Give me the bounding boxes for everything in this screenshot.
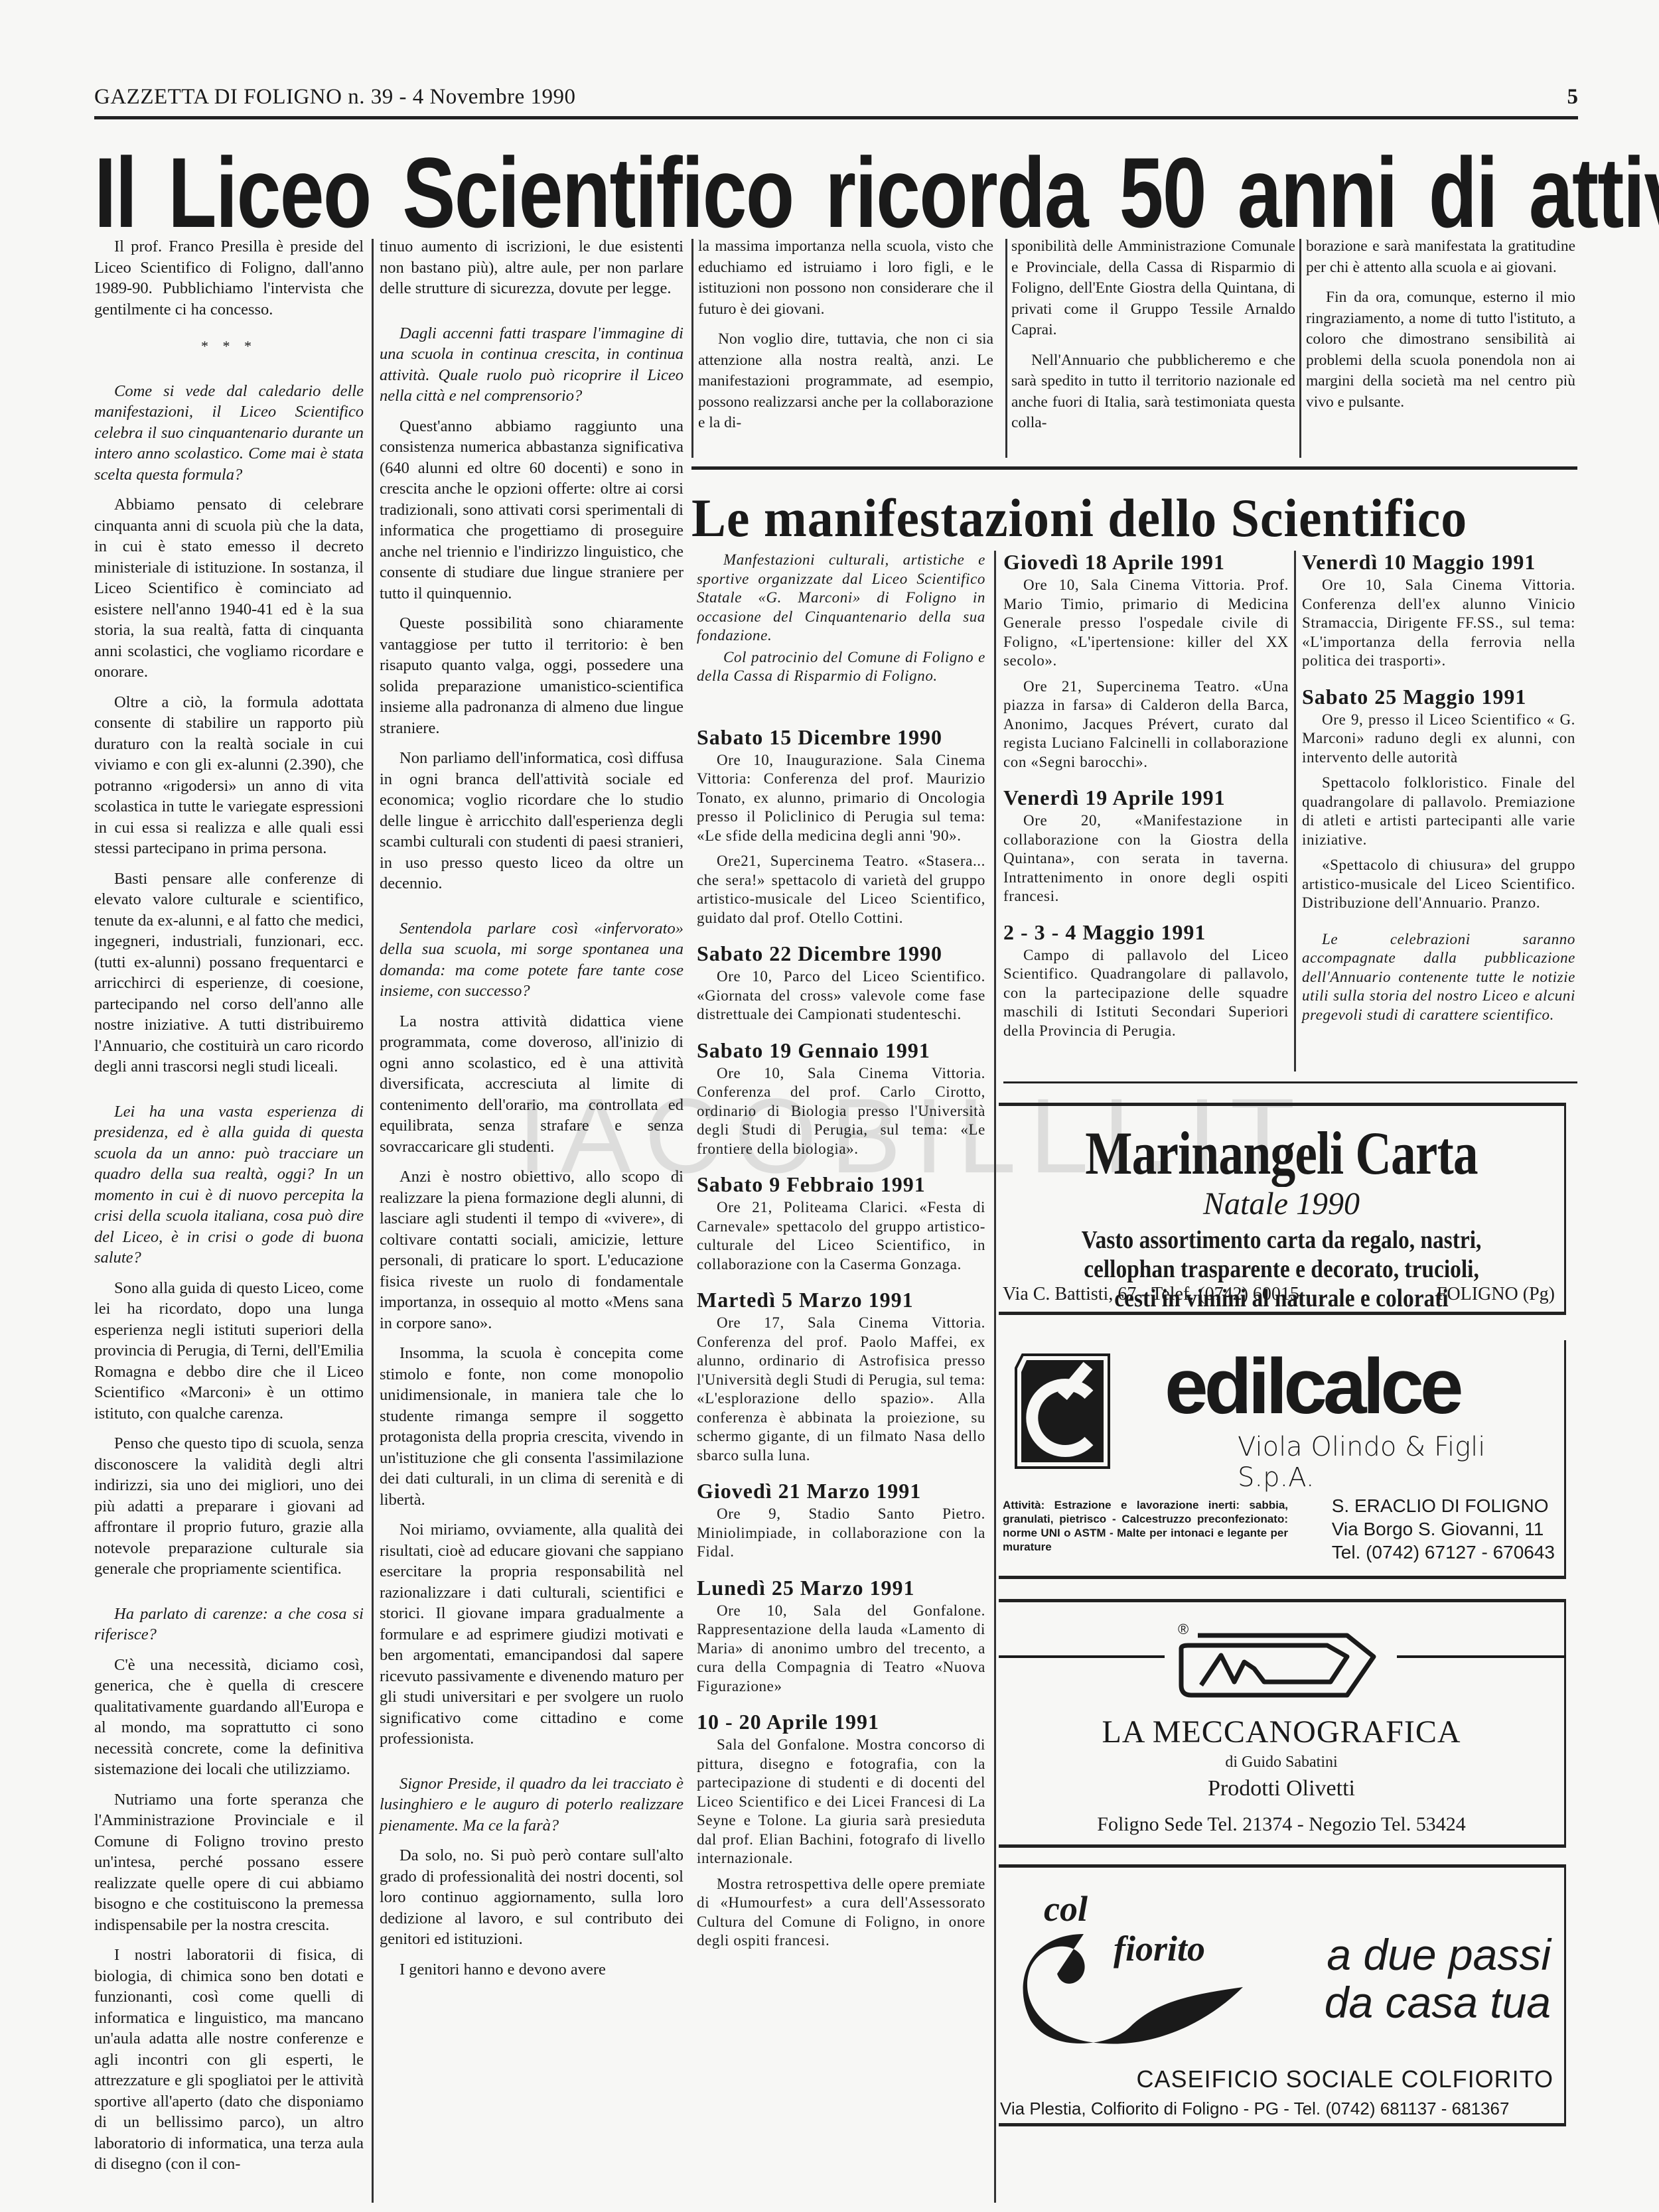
section-rule [1003, 1081, 1577, 1083]
article-paragraph: Nutriamo una forte speranza che l'Ammini… [94, 1789, 364, 1936]
article-paragraph: borazione e sarà manifestata la gratitud… [1306, 236, 1575, 278]
article-paragraph: Noi miriamo, ovviamente, alla qualità de… [380, 1519, 684, 1750]
article-paragraph: C'è una necessità, diciamo così, generic… [94, 1655, 364, 1780]
article-paragraph: Non parliamo dell'informatica, così diff… [380, 748, 684, 894]
event-date: Giovedì 18 Aprile 1991 [1003, 549, 1289, 575]
event-description: Ore 10, Sala Cinema Vittoria. Prof. Mari… [1003, 576, 1289, 671]
event-description: Ore21, Supercinema Teatro. «Stasera... c… [697, 852, 985, 928]
column-divider [1294, 551, 1296, 1071]
article-paragraph: Da solo, no. Si può però contare sull'al… [380, 1845, 684, 1950]
article-headline: Il Liceo Scientifico ricorda 50 anni di … [94, 136, 1281, 249]
event-description: Ore 10, Sala Cinema Vittoria. Conferenza… [1302, 576, 1575, 671]
events-column-2: Giovedì 18 Aprile 1991Ore 10, Sala Cinem… [1003, 549, 1289, 1047]
ad-edilcalce: edilcalce Viola Olindo & Figli S.p.A. At… [999, 1340, 1566, 1579]
column-divider [1299, 239, 1301, 458]
article-column-4: sponibilità delle Amministrazione Comuna… [1011, 236, 1295, 443]
article-column-3: la massima importanza nella scuola, vist… [698, 236, 993, 443]
article-paragraph: I genitori hanno e devono avere [380, 1959, 684, 1980]
event-description: Spettacolo folkloristico. Finale del qua… [1302, 774, 1575, 849]
event-date: Venerdì 19 Aprile 1991 [1003, 785, 1289, 810]
event-description: Ore 21, Politeama Clarici. «Festa di Car… [697, 1198, 985, 1274]
event-date: Martedì 5 Marzo 1991 [697, 1287, 985, 1312]
header-rule [94, 116, 1578, 119]
ad-location: S. ERACLIO DI FOLIGNO Via Borgo S. Giova… [1332, 1494, 1555, 1564]
article-paragraph: Abbiamo pensato di celebrare cinquanta a… [94, 494, 364, 683]
article-paragraph: Oltre a ciò, la formula adottata consent… [94, 692, 364, 859]
ad-subtitle: Natale 1990 [999, 1186, 1564, 1222]
event-description: Ore 10, Parco del Liceo Scientifico. «Gi… [697, 967, 985, 1024]
article-paragraph: Sono alla guida di questo Liceo, come le… [94, 1278, 364, 1424]
page-number: 5 [1567, 85, 1579, 109]
events-closing-note: Le celebrazioni saranno accompagnate dal… [1302, 930, 1575, 1025]
event-date: 10 - 20 Aprile 1991 [697, 1709, 985, 1734]
article-paragraph: Nell'Annuario che pubblicheremo e che sa… [1011, 350, 1295, 434]
article-column-5: borazione e sarà manifestata la gratitud… [1306, 236, 1575, 422]
event-description: «Spettacolo di chiusura» del gruppo arti… [1302, 856, 1575, 913]
event-description: Ore 17, Sala Cinema Vittoria. Conferenza… [697, 1314, 985, 1465]
article-paragraph: Penso che questo tipo di scuola, senza d… [94, 1433, 364, 1580]
ad-brand: LA MECCANOGRAFICA [999, 1714, 1564, 1750]
interview-question: Ha parlato di carenze: a che cosa si rif… [94, 1604, 364, 1645]
ad-la-meccanografica: ® LA MECCANOGRAFICA di Guido Sabatini Pr… [999, 1599, 1566, 1848]
event-date: Sabato 22 Dicembre 1990 [697, 941, 985, 966]
article-paragraph: sponibilità delle Amministrazione Comuna… [1011, 236, 1295, 341]
event-description: Mostra retrospettiva delle opere premiat… [697, 1875, 985, 1951]
event-date: Lunedì 25 Marzo 1991 [697, 1575, 985, 1600]
column-divider [372, 239, 374, 2203]
interview-question: Dagli accenni fatti traspare l'immagine … [380, 323, 684, 407]
article-paragraph: La nostra attività didattica viene progr… [380, 1011, 684, 1158]
event-date: Sabato 9 Febbraio 1991 [697, 1172, 985, 1197]
event-date: Sabato 19 Gennaio 1991 [697, 1038, 985, 1063]
event-description: Ore 21, Supercinema Teatro. «Una piazza … [1003, 677, 1289, 772]
event-date: Sabato 25 Maggio 1991 [1302, 684, 1575, 709]
interview-question: Signor Preside, il quadro da lei traccia… [380, 1773, 684, 1836]
article-paragraph: Non voglio dire, tuttavia, che non ci si… [698, 329, 993, 434]
article-paragraph: Insomma, la scuola è concepita come stim… [380, 1343, 684, 1510]
edilcalce-logo-icon [1009, 1348, 1116, 1474]
ad-slogan-line-1: a due passi [1325, 1931, 1551, 1978]
article-paragraph: I nostri laboratorii di fisica, di biolo… [94, 1945, 364, 2175]
ad-slogan: a due passi da casa tua [1325, 1931, 1551, 2026]
article-paragraph: Quest'anno abbiamo raggiunto una consist… [380, 416, 684, 604]
ad-products: Prodotti Olivetti [999, 1776, 1564, 1801]
ad-slogan-line-2: da casa tua [1325, 1978, 1551, 2026]
events-intro: Col patrocinio del Comune di Foligno e d… [697, 648, 985, 686]
ad-phone: Tel. (0742) 67127 - 670643 [1332, 1541, 1555, 1564]
event-description: Campo di pallavolo del Liceo Scientifico… [1003, 946, 1289, 1041]
event-description: Ore 10, Inaugurazione. Sala Cinema Vitto… [697, 751, 985, 846]
article-paragraph: tinuo aumento di iscrizioni, le due esis… [380, 236, 684, 299]
event-description: Ore 10, Sala del Gonfalone. Rappresentaz… [697, 1602, 985, 1696]
events-section-title: Le manifestazioni dello Scientifico [691, 488, 1533, 549]
ad-firm: Viola Olindo & Figli S.p.A. [1238, 1432, 1564, 1493]
ad-street: Via Borgo S. Giovanni, 11 [1332, 1517, 1555, 1541]
ad-address: Via Plestia, Colfiorito di Foligno - PG … [1000, 2099, 1509, 2119]
events-column-3: Venerdì 10 Maggio 1991Ore 10, Sala Cinem… [1302, 549, 1575, 1031]
event-description: Ore 9, presso il Liceo Scientifico « G. … [1302, 711, 1575, 768]
event-description: Sala del Gonfalone. Mostra concorso di p… [697, 1736, 985, 1868]
event-date: Sabato 15 Dicembre 1990 [697, 725, 985, 750]
article-paragraph: Queste possibilità sono chiaramente vant… [380, 613, 684, 738]
ad-activities: Attività: Estrazione e lavorazione inert… [1003, 1498, 1288, 1554]
article-paragraph: Il prof. Franco Presilla è preside del L… [94, 236, 364, 320]
event-date: Venerdì 10 Maggio 1991 [1302, 549, 1575, 575]
interview-question: Come si vede dal caledario delle manifes… [94, 381, 364, 486]
ad-marinangeli-carta: Marinangeli Carta Natale 1990 Vasto asso… [999, 1103, 1566, 1315]
ad-town: S. ERACLIO DI FOLIGNO [1332, 1494, 1555, 1517]
article-column-2: tinuo aumento di iscrizioni, le due esis… [380, 236, 684, 1989]
ad-address: Via C. Battisti, 67 - Telef. (0742) 6001… [1003, 1284, 1299, 1305]
events-intro: Manfestazioni culturali, artistiche e sp… [697, 551, 985, 646]
column-divider [1005, 239, 1007, 458]
ad-company: CASEIFICIO SOCIALE COLFIORITO [1137, 2065, 1553, 2093]
meccanografica-logo-icon: ® [999, 1616, 1566, 1702]
event-date: Giovedì 21 Marzo 1991 [697, 1478, 985, 1503]
event-description: Ore 10, Sala Cinema Vittoria. Conferenza… [697, 1064, 985, 1159]
interview-question: Sentendola parlare così «infervorato» de… [380, 918, 684, 1002]
events-column-1: Manfestazioni culturali, artistiche e sp… [697, 551, 985, 1957]
masthead: GAZZETTA DI FOLIGNO n. 39 - 4 Novembre 1… [94, 85, 576, 109]
colfiorito-logo-col: col [1044, 1894, 1088, 1929]
column-divider [691, 239, 693, 458]
ad-colfiorito: col fiorito a due passi da casa tua CASE… [999, 1864, 1566, 2126]
ad-city: FOLIGNO (Pg) [1437, 1284, 1555, 1305]
article-paragraph: Fin da ora, comunque, esterno il mio rin… [1306, 287, 1575, 413]
article-paragraph: Basti pensare alle conferenze di elevato… [94, 868, 364, 1077]
section-separator: * * * [94, 336, 364, 357]
article-paragraph: Anzi è nostro obiettivo, allo scopo di r… [380, 1166, 684, 1334]
event-description: Ore 20, «Manifestazione in collaborazion… [1003, 811, 1289, 906]
article-column-1: Il prof. Franco Presilla è preside del L… [94, 236, 364, 2184]
ad-owner: di Guido Sabatini [999, 1754, 1564, 1771]
svg-text:®: ® [1178, 1621, 1189, 1637]
ad-brand: edilcalce [1165, 1347, 1460, 1426]
colfiorito-logo-fiorito: fiorito [1114, 1929, 1205, 1969]
ad-phones: Foligno Sede Tel. 21374 - Negozio Tel. 5… [999, 1813, 1564, 1836]
article-paragraph: la massima importanza nella scuola, vist… [698, 236, 993, 320]
section-rule [691, 466, 1577, 470]
ad-brand: Marinangeli Carta [1050, 1118, 1514, 1188]
column-divider [994, 551, 996, 2203]
event-description: Ore 9, Stadio Santo Pietro. Miniolimpiad… [697, 1505, 985, 1562]
interview-question: Lei ha una vasta esperienza di presidenz… [94, 1101, 364, 1269]
event-date: 2 - 3 - 4 Maggio 1991 [1003, 920, 1289, 945]
colfiorito-logo-icon: col fiorito [1004, 1894, 1256, 2053]
